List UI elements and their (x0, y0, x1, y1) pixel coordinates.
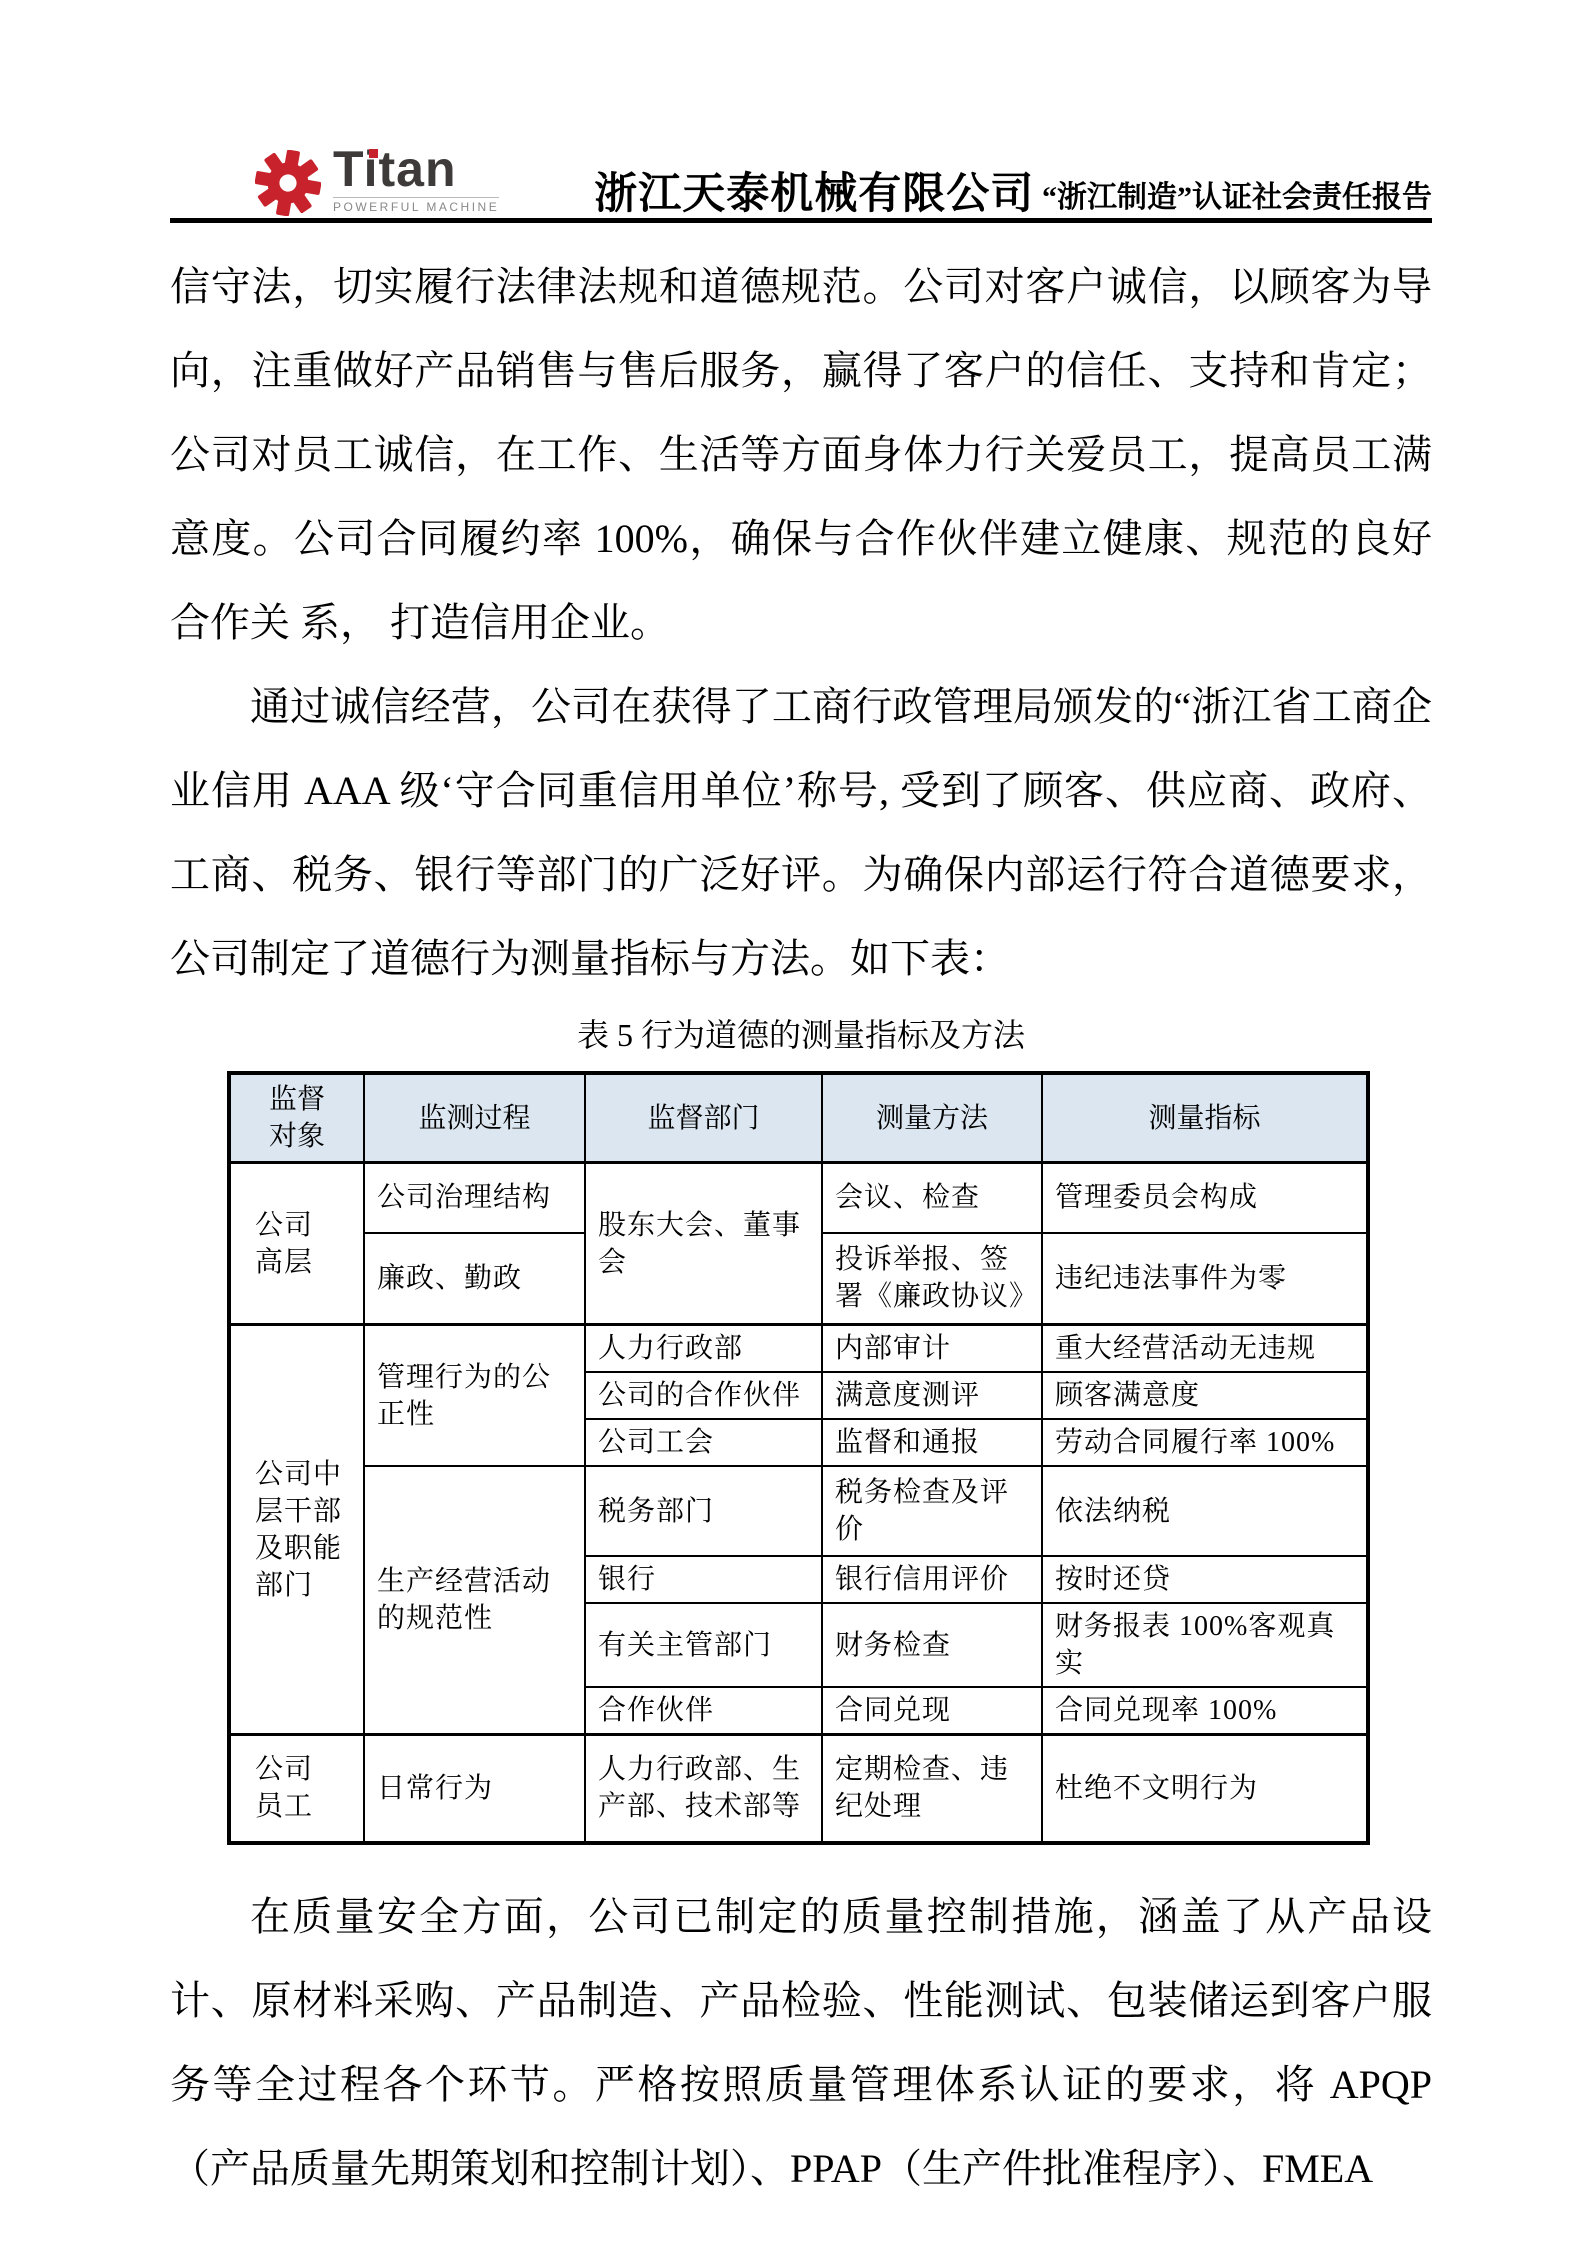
document-page: Titan POWERFUL MACHINE 浙江天泰机械有限公司 “浙江制造”… (0, 0, 1587, 2245)
cell-process-integrity-diligence: 廉政、勤政 (364, 1233, 585, 1325)
table-row: 公司 员工 日常行为 人力行政部、生产部、技术部等 定期检查、违纪处理 杜绝不文… (229, 1735, 1368, 1843)
cell-dept-hr-production-tech: 人力行政部、生产部、技术部等 (585, 1735, 822, 1843)
cell-indicator-financial-statement: 财务报表 100%客观真实 (1042, 1603, 1368, 1687)
table-title: 表 5 行为道德的测量指标及方法 (170, 1009, 1432, 1061)
cell-method-periodic-check: 定期检查、违纪处理 (822, 1735, 1042, 1843)
col-header-monitored-process: 监测过程 (364, 1073, 585, 1163)
col-header-supervised-object: 监督 对象 (229, 1073, 364, 1163)
cell-method-complaints-agreement: 投诉举报、签署《廉政协议》 (822, 1233, 1042, 1325)
table-row: 公司中 层干部 及职能 部门 管理行为的公正性 人力行政部 内部审计 重大经营活… (229, 1325, 1368, 1373)
cell-indicator-repay-on-time: 按时还贷 (1042, 1556, 1368, 1603)
cell-process-operation-standard: 生产经营活动的规范性 (364, 1466, 585, 1735)
cell-dept-cooperation-partners: 合作伙伴 (585, 1687, 822, 1735)
gear-icon (255, 150, 321, 216)
paragraph-integrity: 信守法，切实履行法律法规和道德规范。公司对客户诚信，以顾客为导向，注重做好产品销… (170, 245, 1432, 665)
cell-indicator-no-uncivilized: 杜绝不文明行为 (1042, 1735, 1368, 1843)
cell-dept-partners: 公司的合作伙伴 (585, 1372, 822, 1419)
cell-dept-tax: 税务部门 (585, 1466, 822, 1556)
company-name: 浙江天泰机械有限公司 (594, 172, 1034, 218)
brand-text: Titan (333, 144, 499, 194)
table-header-row: 监督 对象 监测过程 监督部门 测量方法 测量指标 (229, 1073, 1368, 1163)
cell-method-meeting-check: 会议、检查 (822, 1163, 1042, 1233)
ethics-measurement-table: 监督 对象 监测过程 监督部门 测量方法 测量指标 公司 高层 公司治理结构 股… (227, 1071, 1370, 1845)
cell-method-contract-fulfil: 合同兑现 (822, 1687, 1042, 1735)
cell-method-finance-check: 财务检查 (822, 1603, 1042, 1687)
cell-indicator-lawful-tax: 依法纳税 (1042, 1466, 1368, 1556)
cell-method-satisfaction-survey: 满意度测评 (822, 1372, 1042, 1419)
cell-indicator-contract-rate: 合同兑现率 100% (1042, 1687, 1368, 1735)
cell-process-management-fairness: 管理行为的公正性 (364, 1325, 585, 1467)
brand-tagline: POWERFUL MACHINE (333, 197, 499, 214)
cell-method-internal-audit: 内部审计 (822, 1325, 1042, 1373)
table-row: 生产经营活动的规范性 税务部门 税务检查及评价 依法纳税 (229, 1466, 1368, 1556)
cell-dept-bank: 银行 (585, 1556, 822, 1603)
cell-method-credit-eval: 银行信用评价 (822, 1556, 1042, 1603)
table-row: 公司 高层 公司治理结构 股东大会、董事会 会议、检查 管理委员会构成 (229, 1163, 1368, 1233)
cell-dept-hr-admin: 人力行政部 (585, 1325, 822, 1373)
cell-process-governance: 公司治理结构 (364, 1163, 585, 1233)
header-rule (170, 218, 1432, 223)
cell-indicator-committee: 管理委员会构成 (1042, 1163, 1368, 1233)
cell-indicator-labor-contract: 劳动合同履行率 100% (1042, 1419, 1368, 1466)
brand-text-block: Titan POWERFUL MACHINE (333, 144, 499, 214)
cell-dept-union: 公司工会 (585, 1419, 822, 1466)
cell-object-middle-management: 公司中 层干部 及职能 部门 (229, 1325, 364, 1735)
col-header-measure-indicator: 测量指标 (1042, 1073, 1368, 1163)
cell-process-daily-behavior: 日常行为 (364, 1735, 585, 1843)
cell-dept-shareholders-board: 股东大会、董事会 (585, 1163, 822, 1325)
cell-indicator-no-violation: 重大经营活动无违规 (1042, 1325, 1368, 1373)
report-header: Titan POWERFUL MACHINE 浙江天泰机械有限公司 “浙江制造”… (170, 0, 1432, 218)
cell-object-employees: 公司 员工 (229, 1735, 364, 1843)
cell-method-supervise-report: 监督和通报 (822, 1419, 1042, 1466)
cell-object-top-management: 公司 高层 (229, 1163, 364, 1325)
cell-dept-authorities: 有关主管部门 (585, 1603, 822, 1687)
cell-indicator-zero-violation: 违纪违法事件为零 (1042, 1233, 1368, 1325)
report-title: “浙江制造”认证社会责任报告 (1042, 178, 1432, 218)
brand-i-dot (369, 149, 378, 158)
cell-indicator-customer-satisfaction: 顾客满意度 (1042, 1372, 1368, 1419)
col-header-measure-method: 测量方法 (822, 1073, 1042, 1163)
brand-logo: Titan POWERFUL MACHINE (255, 144, 499, 216)
paragraph-credit: 通过诚信经营，公司在获得了工商行政管理局颁发的“浙江省工商企业信用 AAA 级‘… (170, 665, 1432, 1001)
cell-method-tax-check: 税务检查及评价 (822, 1466, 1042, 1556)
col-header-supervising-dept: 监督部门 (585, 1073, 822, 1163)
paragraph-quality: 在质量安全方面，公司已制定的质量控制措施，涵盖了从产品设计、原材料采购、产品制造… (170, 1875, 1432, 2211)
